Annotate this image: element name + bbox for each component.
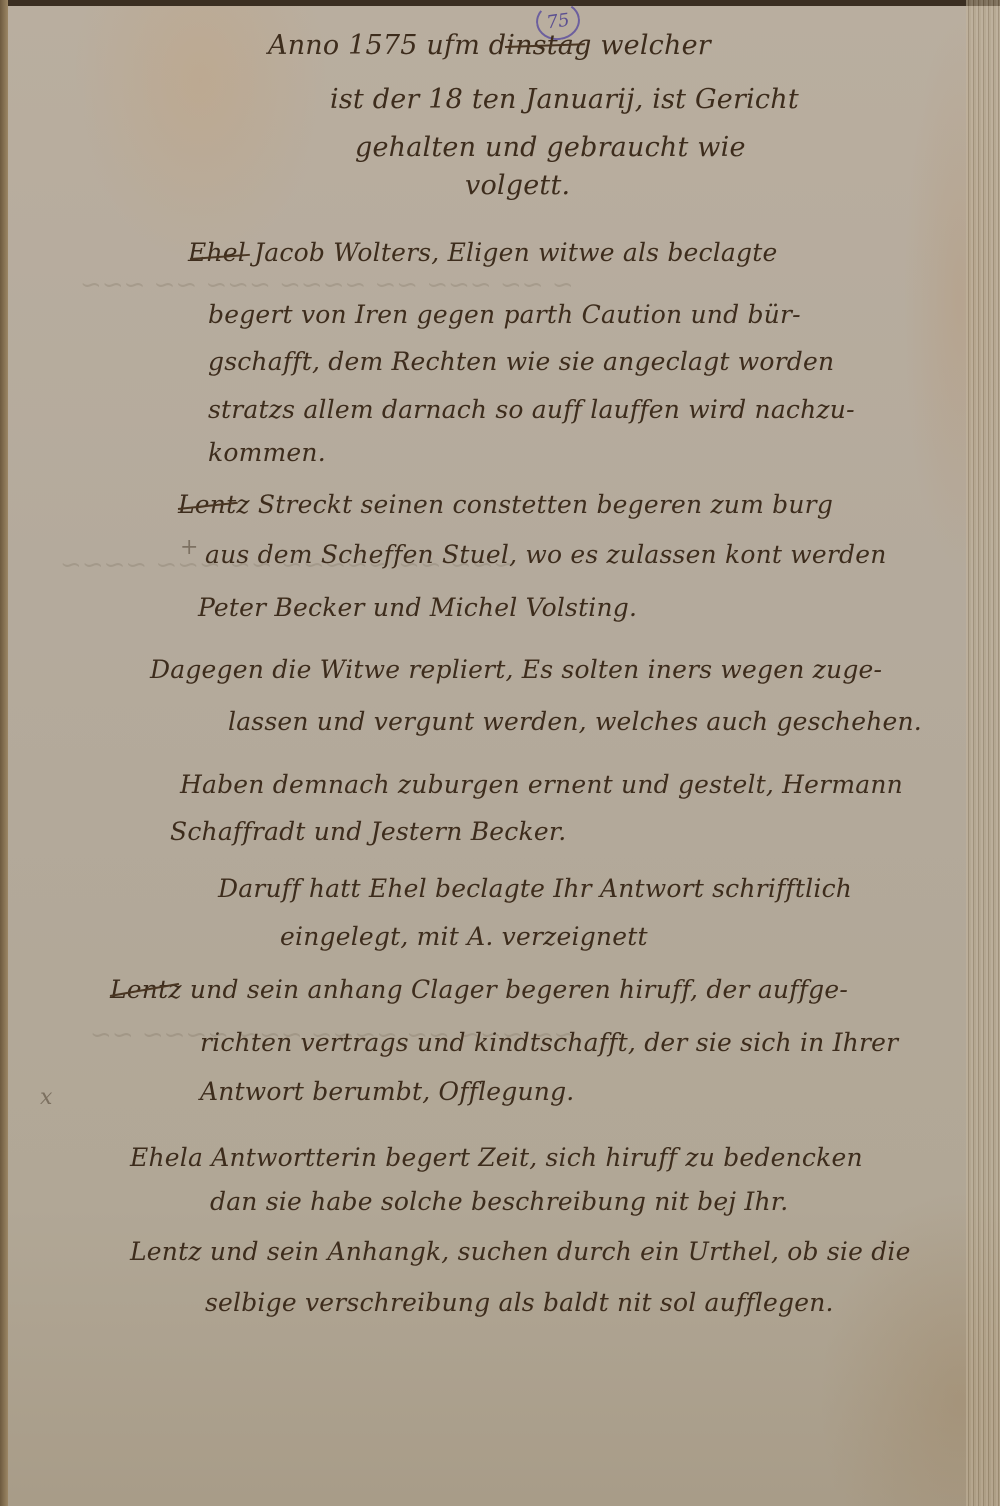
- text-line: Schaffradt und Jestern Becker.: [170, 817, 566, 846]
- text-line: richten vertrags und kindtschafft, der s…: [200, 1028, 898, 1057]
- text-line: Lentz und sein Anhangk, suchen durch ein…: [130, 1237, 911, 1266]
- bleed-through-text: ~ ~~ ~~~ ~~ ~~~~ ~~~ ~~ ~~~: [80, 270, 574, 300]
- binding-edge: [0, 0, 8, 1506]
- text-line: gschafft, dem Rechten wie sie angeclagt …: [208, 347, 834, 376]
- text-line: Lentz Streckt seinen constetten begeren …: [178, 490, 833, 519]
- text-line: kommen.: [208, 438, 326, 467]
- text-line: Peter Becker und Michel Volsting.: [198, 593, 637, 622]
- heading-line-4: volgett.: [465, 170, 570, 201]
- text-line: Daruff hatt Ehel beclagte Ihr Antwort sc…: [218, 874, 852, 903]
- manuscript-page: ~ ~~ ~~~ ~~ ~~~~ ~~~ ~~ ~~~ ~~~ ~~ ~~~~~…: [0, 0, 1000, 1506]
- text-line: begert von Iren gegen parth Caution und …: [208, 300, 801, 329]
- text-line: stratzs allem darnach so auff lauffen wi…: [208, 395, 855, 424]
- text-line: Haben demnach zuburgen ernent und gestel…: [180, 770, 903, 799]
- text-line: Lentz und sein anhang Clager begeren hir…: [110, 975, 848, 1004]
- text-line: Ehela Antwortterin begert Zeit, sich hir…: [130, 1143, 863, 1172]
- page-top-edge: [0, 0, 1000, 6]
- text-line: eingelegt, mit A. verzeignett: [280, 922, 648, 951]
- frayed-page-edge: [966, 0, 1000, 1506]
- heading-line-3: gehalten und gebraucht wie: [355, 132, 746, 163]
- text-line: lassen und vergunt werden, welches auch …: [228, 707, 922, 736]
- text-line: Antwort berumbt, Offlegung.: [200, 1077, 574, 1106]
- heading-line-2: ist der 18 ten Januarij, ist Gericht: [330, 84, 799, 115]
- heading-line-1: Anno 1575 ufm dinstag welcher: [268, 30, 711, 61]
- margin-mark: +: [180, 535, 198, 560]
- text-line: Ehel Jacob Wolters, Eligen witwe als bec…: [188, 238, 777, 267]
- text-line: dan sie habe solche beschreibung nit bej…: [210, 1187, 788, 1216]
- text-line: Dagegen die Witwe repliert, Es solten in…: [150, 655, 882, 684]
- text-line: aus dem Scheffen Stuel, wo es zulassen k…: [205, 540, 887, 569]
- margin-mark: x: [40, 1085, 52, 1110]
- text-line: selbige verschreibung als baldt nit sol …: [205, 1288, 834, 1317]
